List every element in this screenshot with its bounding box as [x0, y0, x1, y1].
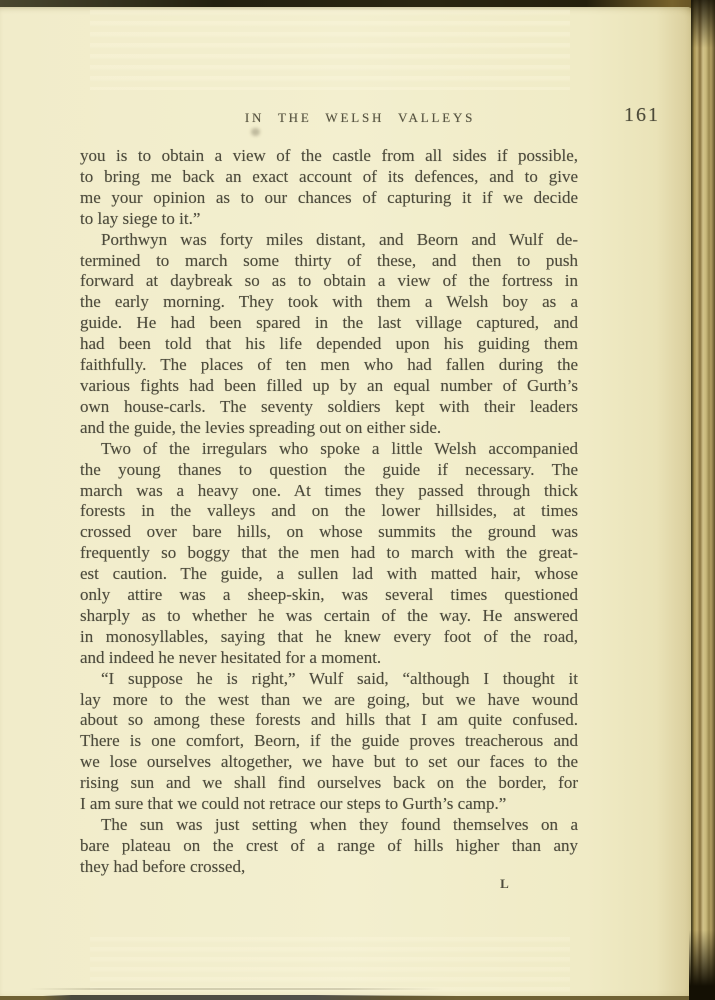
text-line: rising sun and we shall find ourselves b…: [80, 773, 578, 794]
text-line: forests in the valleys and on the lower …: [80, 501, 578, 522]
text-line: lay more to the west than we are going, …: [80, 690, 578, 711]
text-line: we lose ourselves altogether, we have bu…: [80, 752, 578, 773]
text-line: Two of the irregulars who spoke a little…: [80, 439, 578, 460]
bottom-book-edge: [0, 995, 715, 1000]
text-line: to lay siege to it.”: [80, 209, 578, 230]
text-line: had been told that his life depended upo…: [80, 334, 578, 355]
page-header: IN THE WELSH VALLEYS 161: [80, 104, 660, 130]
text-line: and the guide, the levies spreading out …: [80, 418, 578, 439]
text-line: I am sure that we could not retrace our …: [80, 794, 578, 815]
text-line: in monosyllables, saying that he knew ev…: [80, 627, 578, 648]
text-line: crossed over bare hills, on whose summit…: [80, 522, 578, 543]
right-edge-top-shadow: [691, 0, 715, 48]
text-line: the young thanes to question the guide i…: [80, 460, 578, 481]
text-line: and indeed he never hesitated for a mome…: [80, 648, 578, 669]
text-line: you is to obtain a view of the castle fr…: [80, 146, 578, 167]
text-line: the early morning. They took with them a…: [80, 292, 578, 313]
signature-mark: L: [420, 876, 590, 892]
right-page-stack-edge: [691, 0, 715, 1000]
text-line: about so among these forests and hills t…: [80, 710, 578, 731]
body-text: you is to obtain a view of the castle fr…: [80, 146, 578, 878]
text-line: to bring me back an exact account of its…: [80, 167, 578, 188]
text-line: only attire was a sheep-skin, was severa…: [80, 585, 578, 606]
text-line: There is one comfort, Beorn, if the guid…: [80, 731, 578, 752]
text-line: sharply as to whether he was certain of …: [80, 606, 578, 627]
text-line: they had before crossed,: [80, 857, 578, 878]
text-line: me your opinion as to our chances of cap…: [80, 188, 578, 209]
text-line: faithfully. The places of ten men who ha…: [80, 355, 578, 376]
text-line: own house-carls. The seventy soldiers ke…: [80, 397, 578, 418]
top-book-edge: [0, 0, 715, 7]
text-line: “I suppose he is right,” Wulf said, “alt…: [80, 669, 578, 690]
text-line: est caution. The guide, a sullen lad wit…: [80, 564, 578, 585]
text-line: bare plateau on the crest of a range of …: [80, 836, 578, 857]
page-number: 161: [624, 104, 660, 127]
running-head: IN THE WELSH VALLEYS: [80, 110, 640, 126]
text-line: guide. He had been spared in the last vi…: [80, 313, 578, 334]
text-line: various fights had been filled up by an …: [80, 376, 578, 397]
text-line: forward at daybreak so as to obtain a vi…: [80, 271, 578, 292]
scanned-book-page: IN THE WELSH VALLEYS 161 you is to obtai…: [0, 0, 715, 1000]
text-line: Porthwyn was forty miles distant, and Be…: [80, 230, 578, 251]
text-line: frequently so boggy that the men had to …: [80, 543, 578, 564]
bottom-shadow-line: [0, 988, 715, 990]
text-line: march was a heavy one. At times they pas…: [80, 481, 578, 502]
text-line: termined to march some thirty of these, …: [80, 251, 578, 272]
text-line: The sun was just setting when they found…: [80, 815, 578, 836]
